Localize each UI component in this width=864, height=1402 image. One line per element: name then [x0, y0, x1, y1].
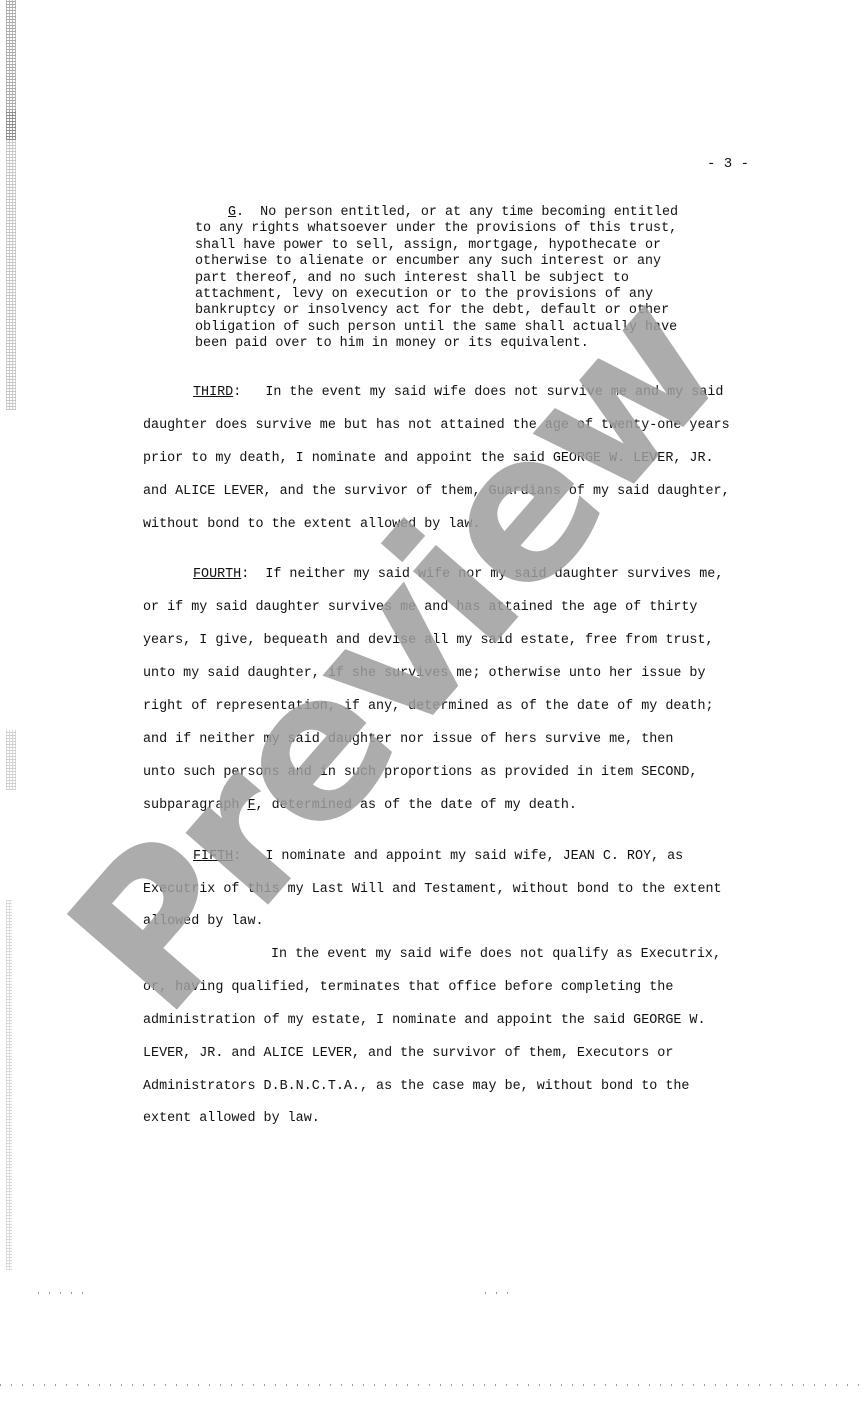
article-fourth-line: unto such persons and in such proportion…: [143, 765, 697, 781]
article-third-line: daughter does survive me but has not att…: [143, 418, 730, 434]
paragraph-g-line: bankruptcy or insolvency act for the deb…: [195, 303, 669, 319]
article-fifth-line: FIFTH: I nominate and appoint my said wi…: [193, 849, 683, 865]
paragraph-g-line: G. No person entitled, or at any time be…: [228, 205, 678, 221]
scan-dots-artifact: [38, 1292, 88, 1294]
article-fourth-line: subparagraph F, determined as of the dat…: [143, 798, 577, 814]
article-fourth-heading: FOURTH: [193, 567, 241, 582]
article-fifth-line: or, having qualified, terminates that of…: [143, 980, 673, 996]
paragraph-g-line: attachment, levy on execution or to the …: [195, 287, 653, 303]
scan-edge-artifact: [6, 730, 16, 790]
document-page: - 3 - G. No person entitled, or at any t…: [0, 0, 864, 1402]
paragraph-g-line: shall have power to sell, assign, mortga…: [195, 238, 661, 254]
scan-edge-artifact: [6, 900, 12, 1270]
article-fourth-line: or if my said daughter survives me and h…: [143, 600, 697, 616]
scan-edge-artifact: [6, 110, 16, 410]
page-number: - 3 -: [707, 156, 749, 172]
scan-dots-artifact: [485, 1292, 515, 1294]
paragraph-g-line: otherwise to alienate or encumber any su…: [195, 254, 661, 270]
article-third-line: and ALICE LEVER, and the survivor of the…: [143, 484, 730, 500]
article-fifth-heading: FIFTH: [193, 849, 233, 864]
paragraph-g-label: G: [228, 205, 236, 220]
article-fourth-line: right of representation, if any, determi…: [143, 699, 714, 715]
subparagraph-ref: F: [247, 798, 255, 813]
article-third-line: THIRD: In the event my said wife does no…: [193, 385, 723, 401]
paragraph-g-line: been paid over to him in money or its eq…: [195, 336, 589, 352]
article-third-line: without bond to the extent allowed by la…: [143, 517, 481, 533]
article-fifth-line: LEVER, JR. and ALICE LEVER, and the surv…: [143, 1046, 673, 1062]
article-fourth-line: FOURTH: If neither my said wife nor my s…: [193, 567, 723, 583]
article-fifth-line: allowed by law.: [143, 914, 264, 930]
article-fifth-line: Administrators D.B.N.C.T.A., as the case…: [143, 1079, 689, 1095]
article-third-heading: THIRD: [193, 385, 233, 400]
article-fourth-line: unto my said daughter, if she survives m…: [143, 666, 706, 682]
article-third-line: prior to my death, I nominate and appoin…: [143, 451, 714, 467]
article-fourth-line: years, I give, bequeath and devise all m…: [143, 633, 714, 649]
article-fifth-line: administration of my estate, I nominate …: [143, 1013, 706, 1029]
scan-dots-artifact: [0, 1384, 864, 1386]
article-fifth-line: In the event my said wife does not quali…: [271, 947, 721, 963]
article-fifth-line: Executrix of this my Last Will and Testa…: [143, 882, 722, 898]
paragraph-g-line: obligation of such person until the same…: [195, 320, 677, 336]
paragraph-g-line: part thereof, and no such interest shall…: [195, 271, 629, 287]
paragraph-g-line: to any rights whatsoever under the provi…: [195, 221, 677, 237]
article-fourth-line: and if neither my said daughter nor issu…: [143, 732, 673, 748]
article-fifth-line: extent allowed by law.: [143, 1111, 320, 1127]
